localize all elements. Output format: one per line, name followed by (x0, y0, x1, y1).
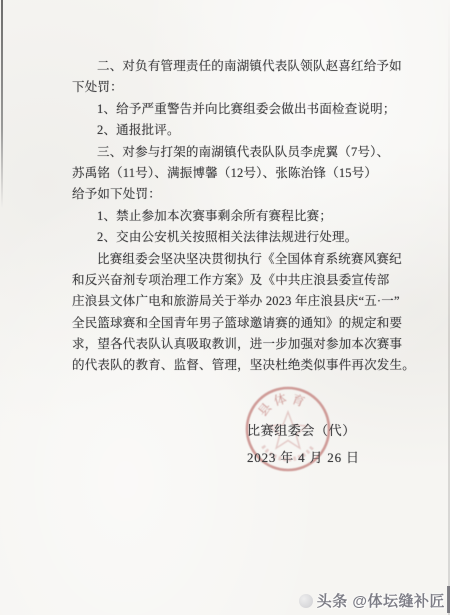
document-line: 1、禁止参加本次赛事剩余所有赛程比赛； (72, 206, 398, 227)
stamp-arc-char: 育 (290, 391, 307, 409)
document-line: 给予如下处罚： (72, 184, 398, 205)
document-line: 和反兴奋剂专项治理工作方案》及《中共庄浪县委宣传部 (72, 270, 398, 291)
document-line: 苏禹铭（11号）、满振博馨（12号）、张陈治锋（15号） (72, 163, 398, 184)
document-line: 三、对参与打架的南湖镇代表队队员李虎翼（7号）、 (72, 142, 398, 163)
watermark-text: 头条 @体坛缝补匠 (317, 590, 445, 611)
scan-edge-left (1, 0, 3, 208)
document-line: 庄浪县文体广电和旅游局关于举办 2023 年庄浪县庆“五·一” (72, 291, 398, 312)
document-page: 二、对负有管理责任的南湖镇代表队领队赵喜红给予如下处罚：1、给予严重警告并向比赛… (0, 0, 450, 615)
document-body: 二、对负有管理责任的南湖镇代表队领队赵喜红给予如下处罚：1、给予严重警告并向比赛… (72, 56, 398, 377)
document-line: 1、给予严重警告并向比赛组委会做出书面检查说明； (72, 99, 398, 120)
document-line: 比赛组委会坚决坚决贯彻执行《全国体育系统赛风赛纪 (72, 249, 398, 270)
signature-date: 2023 年 4 月 26 日 (247, 447, 360, 466)
toutiao-logo-icon (299, 594, 313, 608)
document-line: 二、对负有管理责任的南湖镇代表队领队赵喜红给予如 (72, 56, 398, 77)
stamp-arc-char: 县 (256, 400, 275, 419)
document-line: 2、交由公安机关按照相关法律法规进行处理。 (72, 227, 398, 248)
document-line: 求，望各代表队认真吸取教训，进一步加强对参加本次赛事 (72, 334, 398, 355)
document-line: 2、通报批评。 (72, 120, 398, 141)
document-line: 的代表队的教育、监督、管理，坚决杜绝类似事件再次发生。 (72, 355, 398, 376)
signature-org: 比赛组委会（代） (247, 420, 360, 439)
stamp-arc-char: 体 (272, 391, 288, 409)
document-line: 全民篮球赛和全国青年男子篮球邀请赛的通知》的规定和要 (72, 313, 398, 334)
signature-block: 比赛组委会（代） 2023 年 4 月 26 日 (247, 420, 360, 466)
document-line: 下处罚： (72, 77, 398, 98)
watermark: 头条 @体坛缝补匠 (299, 590, 445, 611)
